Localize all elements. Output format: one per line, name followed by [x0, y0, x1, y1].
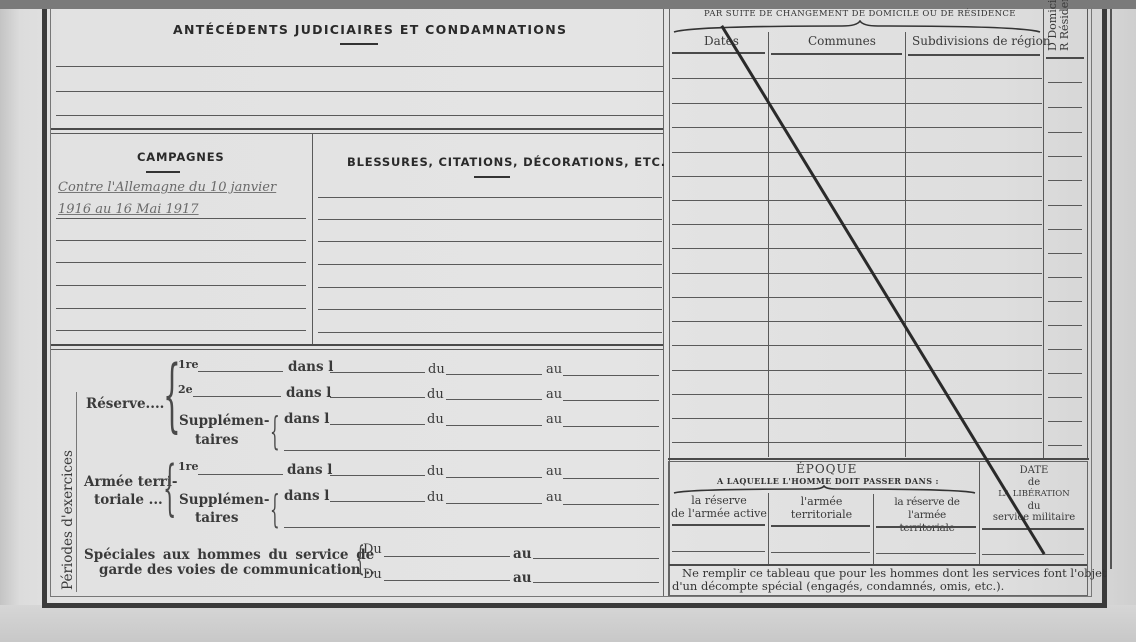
campagnes-line[interactable]: [56, 330, 306, 331]
reserve-supp-dans-field[interactable]: [330, 424, 425, 425]
epoque-value-field[interactable]: [771, 552, 870, 553]
side-row[interactable]: [1048, 107, 1082, 108]
campagnes-line[interactable]: [56, 285, 306, 286]
reserve-supp-au-field[interactable]: [563, 426, 659, 427]
col-line-2: de l'armée active: [671, 507, 767, 520]
table-row[interactable]: [672, 297, 1042, 298]
header-underline: [908, 54, 1040, 56]
header-underline: [672, 52, 765, 54]
reserve-1-field[interactable]: [198, 371, 283, 372]
blessures-line[interactable]: [318, 264, 662, 265]
territoriale-1-field[interactable]: [198, 474, 283, 475]
date-line-1: DATE: [1020, 465, 1049, 476]
reserve-2-field[interactable]: [193, 396, 281, 397]
table-row[interactable]: [672, 370, 1042, 371]
table-row[interactable]: [672, 127, 1042, 128]
territoriale-1-dans-field[interactable]: [330, 475, 425, 476]
side-row[interactable]: [1048, 253, 1082, 254]
reserve-1-du-field[interactable]: [446, 374, 542, 375]
reserve-supp-label-2: taires: [195, 432, 238, 448]
side-row[interactable]: [1048, 229, 1082, 230]
blessures-line[interactable]: [318, 287, 662, 288]
epoque-col-reserve-active: la réserve de l'armée active: [670, 494, 768, 520]
territoriale-supp-label-2: taires: [195, 510, 238, 526]
epoque-col-territoriale: l'armée territoriale: [770, 495, 873, 521]
table-row[interactable]: [672, 103, 1042, 104]
table-row[interactable]: [672, 273, 1042, 274]
table-row[interactable]: [672, 345, 1042, 346]
epoque-value-field[interactable]: [876, 553, 976, 554]
title-underline: [474, 176, 510, 178]
column-header-communes: Communes: [808, 34, 876, 48]
reserve-2-dans-field[interactable]: [330, 397, 425, 398]
header-underline: [1046, 57, 1084, 59]
date-liberation-field[interactable]: [982, 554, 1084, 555]
section-divider: [51, 128, 663, 130]
table-row[interactable]: [672, 78, 1042, 79]
side-row[interactable]: [1048, 205, 1082, 206]
territoriale-supp-du-field[interactable]: [446, 503, 542, 504]
side-row[interactable]: [1048, 445, 1082, 446]
speciales-2-au: au: [513, 570, 532, 586]
title-underline: [340, 43, 378, 45]
header-underline: [876, 526, 976, 528]
residence-label: R Résidence: [1058, 0, 1071, 51]
speciales-1-au: au: [513, 546, 532, 562]
blessures-line[interactable]: [318, 197, 662, 198]
campagnes-title: CAMPAGNES: [137, 150, 224, 164]
header-underline: [982, 528, 1084, 530]
table-row[interactable]: [672, 176, 1042, 177]
reserve-2-du: du: [427, 387, 444, 402]
reserve-2-au: au: [546, 387, 562, 402]
blessures-line[interactable]: [318, 332, 662, 333]
col-line-1: la réserve: [691, 494, 746, 507]
speciales-label-2: garde des voies de communication ..: [99, 562, 375, 578]
speciales-label-1: Spéciales aux hommes du service de: [84, 547, 374, 563]
speciales-1-du-field[interactable]: [384, 556, 510, 557]
side-row[interactable]: [1048, 132, 1082, 133]
column-divider: [768, 493, 769, 565]
side-row[interactable]: [1048, 421, 1082, 422]
col-line-1: la réserve de l'armée: [894, 496, 959, 521]
reserve-label: Réserve....: [86, 396, 164, 412]
table-row[interactable]: [672, 321, 1042, 322]
territoriale-1-du: du: [427, 464, 444, 479]
territoriale-1-dans: dans l: [287, 462, 332, 478]
epoque-title: ÉPOQUE: [796, 462, 857, 476]
paper-bottom-edge: [0, 605, 1136, 642]
reserve-supp-du: du: [427, 412, 444, 427]
speciales-1-du: Du: [363, 542, 382, 557]
campagnes-line[interactable]: [56, 262, 306, 263]
epoque-note-2: d'un décompte spécial (engagés, condamné…: [672, 580, 1004, 593]
blessures-line[interactable]: [318, 219, 662, 220]
side-row[interactable]: [1048, 325, 1082, 326]
campagne-entry: 1916 au 16 Mai 1917: [58, 202, 199, 217]
reserve-supp-label-1: Supplémen-: [179, 413, 269, 429]
table-row[interactable]: [672, 152, 1042, 153]
epoque-value-field[interactable]: [672, 551, 765, 552]
campagnes-line[interactable]: [56, 308, 306, 309]
table-row[interactable]: [672, 200, 1042, 201]
side-row[interactable]: [1048, 180, 1082, 181]
table-row[interactable]: [672, 418, 1042, 419]
column-header-domicile-residence: D Domicile R Résidence: [1047, 0, 1071, 51]
header-underline: [771, 53, 902, 55]
periodes-brace: [76, 392, 77, 592]
reserve-1-au: au: [546, 362, 562, 377]
reserve-ordinal-2: 2e: [178, 383, 193, 396]
column-header-subdivisions: Subdivisions de région: [912, 34, 1051, 48]
reserve-supp-brace: {: [270, 412, 280, 450]
blessures-title: BLESSURES, CITATIONS, DÉCORATIONS, ETC.: [347, 155, 666, 169]
speciales-2-au-field[interactable]: [533, 582, 659, 583]
reserve-1-du: du: [428, 362, 445, 377]
territoriale-1-du-field[interactable]: [446, 477, 542, 478]
table-row[interactable]: [672, 394, 1042, 395]
speciales-2-du-field[interactable]: [384, 580, 510, 581]
blessures-line[interactable]: [318, 241, 662, 242]
col-line-2: territoriale: [791, 508, 852, 521]
territoriale-supp-label-1: Supplémen-: [179, 492, 269, 508]
date-line-4: du: [1028, 501, 1041, 512]
section-divider: [51, 344, 663, 346]
reserve-supp-au: au: [546, 412, 562, 427]
reserve-supp-line[interactable]: [284, 450, 660, 451]
antecedents-title: ANTÉCÉDENTS JUDICIAIRES ET CONDAMNATIONS: [173, 22, 567, 37]
side-row[interactable]: [1048, 373, 1082, 374]
page-edge-shadow: [1110, 9, 1112, 569]
domicile-title: PAR SUITE DE CHANGEMENT DE DOMICILE OU D…: [704, 9, 1016, 19]
date-liberation-header: DATE de LA LIBÉRATION du service militai…: [982, 465, 1086, 524]
header-underline: [672, 524, 765, 526]
speciales-1-au-field[interactable]: [533, 558, 659, 559]
campagnes-line[interactable]: [56, 240, 306, 241]
reserve-2-du-field[interactable]: [446, 399, 542, 400]
title-underline: [146, 171, 180, 173]
territoriale-supp-dans-field[interactable]: [330, 501, 425, 502]
side-row[interactable]: [1048, 397, 1082, 398]
column-divider: [312, 134, 313, 344]
date-line-2: de: [1028, 477, 1040, 488]
side-row[interactable]: [1048, 349, 1082, 350]
antecedents-line[interactable]: [56, 91, 663, 92]
territoriale-1-au: au: [546, 464, 562, 479]
reserve-supp-dans: dans l: [284, 411, 329, 427]
antecedents-line[interactable]: [56, 66, 663, 67]
territoriale-supp-du: du: [427, 490, 444, 505]
side-row[interactable]: [1048, 301, 1082, 302]
table-row[interactable]: [672, 442, 1042, 443]
side-row[interactable]: [1048, 277, 1082, 278]
col-line-2: territoriale: [900, 522, 955, 534]
section-divider: [51, 133, 663, 134]
column-divider: [1043, 9, 1044, 459]
date-line-5: service militaire: [993, 512, 1075, 523]
scan-top-bar: [0, 0, 1136, 9]
blessures-line[interactable]: [318, 309, 662, 310]
header-underline: [771, 525, 870, 527]
antecedents-line[interactable]: [56, 115, 663, 116]
territoriale-supp-au: au: [546, 490, 562, 505]
territoriale-supp-dans: dans l: [284, 488, 329, 504]
reserve-2-au-field[interactable]: [563, 400, 659, 401]
reserve-1-dans: dans l: [288, 359, 333, 375]
reserve-1-dans-field[interactable]: [330, 372, 425, 373]
campagne-entry: Contre l'Allemagne du 10 janvier: [58, 180, 276, 195]
column-divider: [1087, 9, 1088, 459]
territoriale-supp-brace: {: [270, 490, 280, 528]
reserve-supp-du-field[interactable]: [446, 425, 542, 426]
reserve-2-dans: dans l: [286, 385, 331, 401]
territoriale-brace: {: [163, 458, 176, 518]
section-divider: [668, 458, 1089, 460]
section-divider: [51, 349, 663, 350]
reserve-1-au-field[interactable]: [563, 375, 659, 376]
periodes-vertical-label: Périodes d'exercices: [60, 450, 76, 590]
reserve-ordinal-1: 1re: [178, 358, 198, 371]
side-row[interactable]: [1048, 156, 1082, 157]
table-row[interactable]: [672, 224, 1042, 225]
territoriale-ordinal-1: 1re: [178, 460, 198, 473]
territoriale-supp-line[interactable]: [284, 527, 660, 528]
territoriale-1-au-field[interactable]: [563, 478, 659, 479]
campagnes-line[interactable]: [56, 218, 306, 219]
territoriale-label-2: toriale ...: [94, 492, 163, 508]
territoriale-supp-au-field[interactable]: [563, 504, 659, 505]
speciales-2-du: Du: [363, 567, 382, 582]
epoque-col-reserve-territoriale: la réserve de l'armée territoriale: [874, 496, 980, 535]
side-row[interactable]: [1048, 82, 1082, 83]
col-line-1: l'armée: [801, 495, 843, 508]
